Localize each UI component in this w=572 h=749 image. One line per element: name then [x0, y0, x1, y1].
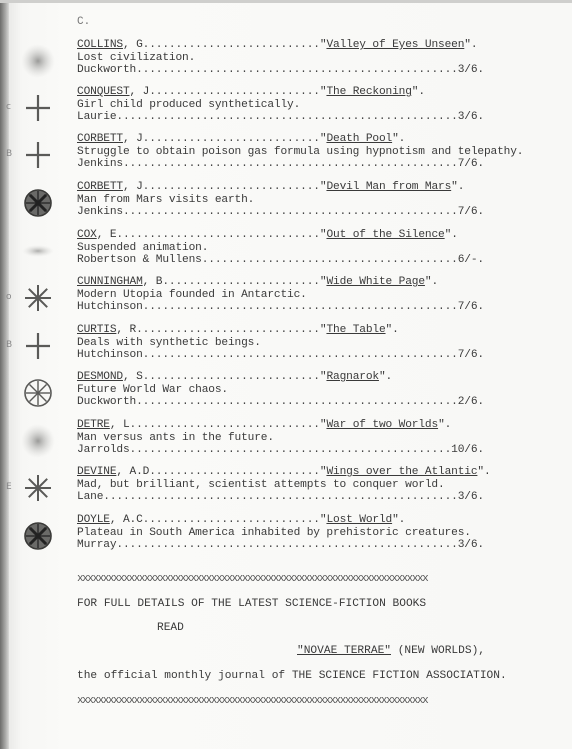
book-description: Girl child produced synthetically.: [77, 99, 572, 112]
book-description: Man versus ants in the future.: [77, 432, 572, 445]
leader-dots: ...........................: [143, 371, 320, 383]
leader-dots: ........................................…: [123, 158, 458, 170]
book-title: Ragnarok: [326, 371, 379, 383]
book-title: Valley of Eyes Unseen: [326, 39, 464, 51]
book-description: Modern Utopia founded in Antarctic.: [77, 289, 572, 302]
margin-letter: c: [6, 102, 11, 112]
margin-mark-wheel-filled-icon: [18, 516, 58, 556]
author-surname: CUNNINGHAM: [77, 276, 143, 288]
publisher: Duckworth: [77, 64, 136, 76]
leader-dots: ........................: [162, 276, 320, 288]
leader-dots: ...............................: [116, 229, 319, 241]
margin-mark-smudge-icon: [18, 41, 58, 81]
book-description: Suspended animation.: [77, 242, 572, 255]
author-initial: , S: [123, 371, 143, 383]
margin-mark-star-icon: [18, 278, 58, 318]
magazine-title: "NOVAE TERRAE": [297, 645, 391, 657]
margin-mark-smudge-small-icon: [18, 231, 58, 271]
price: 3/6.: [458, 111, 484, 123]
book-description: Plateau in South America inhabited by pr…: [77, 527, 572, 540]
margin-mark-smudge-icon: [18, 421, 58, 461]
author-initial: , G: [123, 39, 143, 51]
book-title: Wide White Page: [326, 276, 424, 288]
book-title: The Table: [326, 324, 385, 336]
margin-mark-wheel-filled-icon: [18, 183, 58, 223]
book-title: Out of the Silence: [326, 229, 444, 241]
book-entry: DESMOND, S..........................."Ra…: [77, 371, 572, 409]
author-surname: COX: [77, 229, 97, 241]
author-initial: , A.C: [110, 514, 143, 526]
leader-dots: .......................................: [202, 254, 458, 266]
author-surname: DESMOND: [77, 371, 123, 383]
book-title: Lost World: [326, 514, 392, 526]
footer-line-1: FOR FULL DETAILS OF THE LATEST SCIENCE-F…: [77, 598, 426, 610]
author-initial: , B: [143, 276, 163, 288]
section-letter: C.: [77, 16, 90, 28]
book-description: Struggle to obtain poison gas formula us…: [77, 146, 572, 159]
leader-dots: ........................................…: [143, 301, 458, 313]
margin-letter: B: [6, 340, 12, 350]
publisher: Jarrolds: [77, 444, 130, 456]
leader-dots: ........................................…: [143, 349, 458, 361]
page-top-edge: [0, 0, 572, 3]
publisher: Hutchinson: [77, 301, 143, 313]
author-initial: , E: [97, 229, 117, 241]
leader-dots: ...........................: [143, 39, 320, 51]
author-surname: COLLINS: [77, 39, 123, 51]
author-surname: DEVINE: [77, 466, 116, 478]
leader-dots: ........................................…: [130, 444, 452, 456]
leader-dots: ...........................: [143, 133, 320, 145]
leader-dots: ..........................: [149, 466, 320, 478]
margin-mark-cross-icon: [18, 88, 58, 128]
footer-magazine: "NOVAE TERRAE" (NEW WORLDS),: [297, 645, 485, 657]
book-entry: CUNNINGHAM, B........................"Wi…: [77, 276, 572, 314]
book-entry: COLLINS, G..........................."Va…: [77, 39, 572, 77]
price: 10/6.: [451, 444, 484, 456]
book-entry: CONQUEST, J.........................."Th…: [77, 86, 572, 124]
book-entry: CORBETT, J..........................."De…: [77, 181, 572, 219]
book-entry: DEVINE, A.D.........................."Wi…: [77, 466, 572, 504]
leader-dots: ........................................…: [123, 206, 458, 218]
author-initial: , J: [123, 181, 143, 193]
book-entry: CORBETT, J..........................."De…: [77, 133, 572, 171]
margin-mark-star-icon: [18, 468, 58, 508]
leader-dots: ........................................…: [116, 111, 457, 123]
price: 3/6.: [458, 491, 484, 503]
author-initial: , R: [116, 324, 136, 336]
margin-letter: E: [6, 482, 12, 492]
leader-dots: ..........................: [149, 86, 320, 98]
book-title: Devil Man from Mars: [326, 181, 451, 193]
book-title: The Reckoning: [326, 86, 411, 98]
publisher: Lane: [77, 491, 103, 503]
price: 3/6.: [458, 539, 484, 551]
price: 6/-.: [458, 254, 484, 266]
price: 7/6.: [458, 349, 484, 361]
book-description: Man from Mars visits earth.: [77, 194, 572, 207]
book-entry: CURTIS, R............................"Th…: [77, 324, 572, 362]
publisher: Hutchinson: [77, 349, 143, 361]
margin-mark-wheel-icon: [18, 373, 58, 413]
magazine-subtitle: (NEW WORLDS),: [391, 645, 485, 657]
author-surname: DOYLE: [77, 514, 110, 526]
publisher: Robertson & Mullens: [77, 254, 202, 266]
publisher: Jenkins: [77, 158, 123, 170]
book-description: Future World War chaos.: [77, 384, 572, 397]
publisher: Jenkins: [77, 206, 123, 218]
margin-mark-cross-icon: [18, 135, 58, 175]
leader-dots: .............................: [130, 419, 320, 431]
leader-dots: ........................................…: [103, 491, 457, 503]
price: 7/6.: [458, 158, 484, 170]
margin-mark-cross-icon: [18, 326, 58, 366]
book-description: Mad, but brilliant, scientist attempts t…: [77, 479, 572, 492]
margin-letter: o: [6, 292, 12, 302]
author-surname: CORBETT: [77, 133, 123, 145]
author-initial: , A.D: [116, 466, 149, 478]
author-initial: , J: [123, 133, 143, 145]
book-title: Death Pool: [326, 133, 392, 145]
footer-read: READ: [157, 622, 184, 634]
author-surname: CORBETT: [77, 181, 123, 193]
publisher: Duckworth: [77, 396, 136, 408]
footer-line-4: the official monthly journal of THE SCIE…: [77, 670, 507, 682]
price: 7/6.: [458, 206, 484, 218]
book-title: War of two Worlds: [326, 419, 438, 431]
price: 2/6.: [458, 396, 484, 408]
leader-dots: ...........................: [143, 181, 320, 193]
price: 3/6.: [458, 64, 484, 76]
separator-line-bottom: xxxxxxxxxxxxxxxxxxxxxxxxxxxxxxxxxxxxxxxx…: [77, 695, 427, 707]
leader-dots: ........................................…: [116, 539, 457, 551]
author-initial: , L: [110, 419, 130, 431]
book-title: Wings over the Atlantic: [326, 466, 477, 478]
margin-letter: B: [6, 149, 12, 159]
leader-dots: ........................................…: [136, 64, 458, 76]
author-surname: CONQUEST: [77, 86, 130, 98]
book-entry: DETRE, L............................."Wa…: [77, 419, 572, 457]
book-entry: DOYLE, A.C..........................."Lo…: [77, 514, 572, 552]
page-binding-edge: [0, 0, 9, 749]
book-description: Lost civilization.: [77, 52, 572, 65]
author-surname: CURTIS: [77, 324, 116, 336]
author-initial: , J: [130, 86, 150, 98]
leader-dots: ........................................…: [136, 396, 458, 408]
author-surname: DETRE: [77, 419, 110, 431]
publisher: Murray: [77, 539, 116, 551]
publisher: Laurie: [77, 111, 116, 123]
price: 7/6.: [458, 301, 484, 313]
book-description: Deals with synthetic beings.: [77, 337, 572, 350]
book-entry: COX, E..............................."Ou…: [77, 229, 572, 267]
separator-line: xxxxxxxxxxxxxxxxxxxxxxxxxxxxxxxxxxxxxxxx…: [77, 573, 427, 585]
leader-dots: ...........................: [143, 514, 320, 526]
leader-dots: ............................: [136, 324, 320, 336]
